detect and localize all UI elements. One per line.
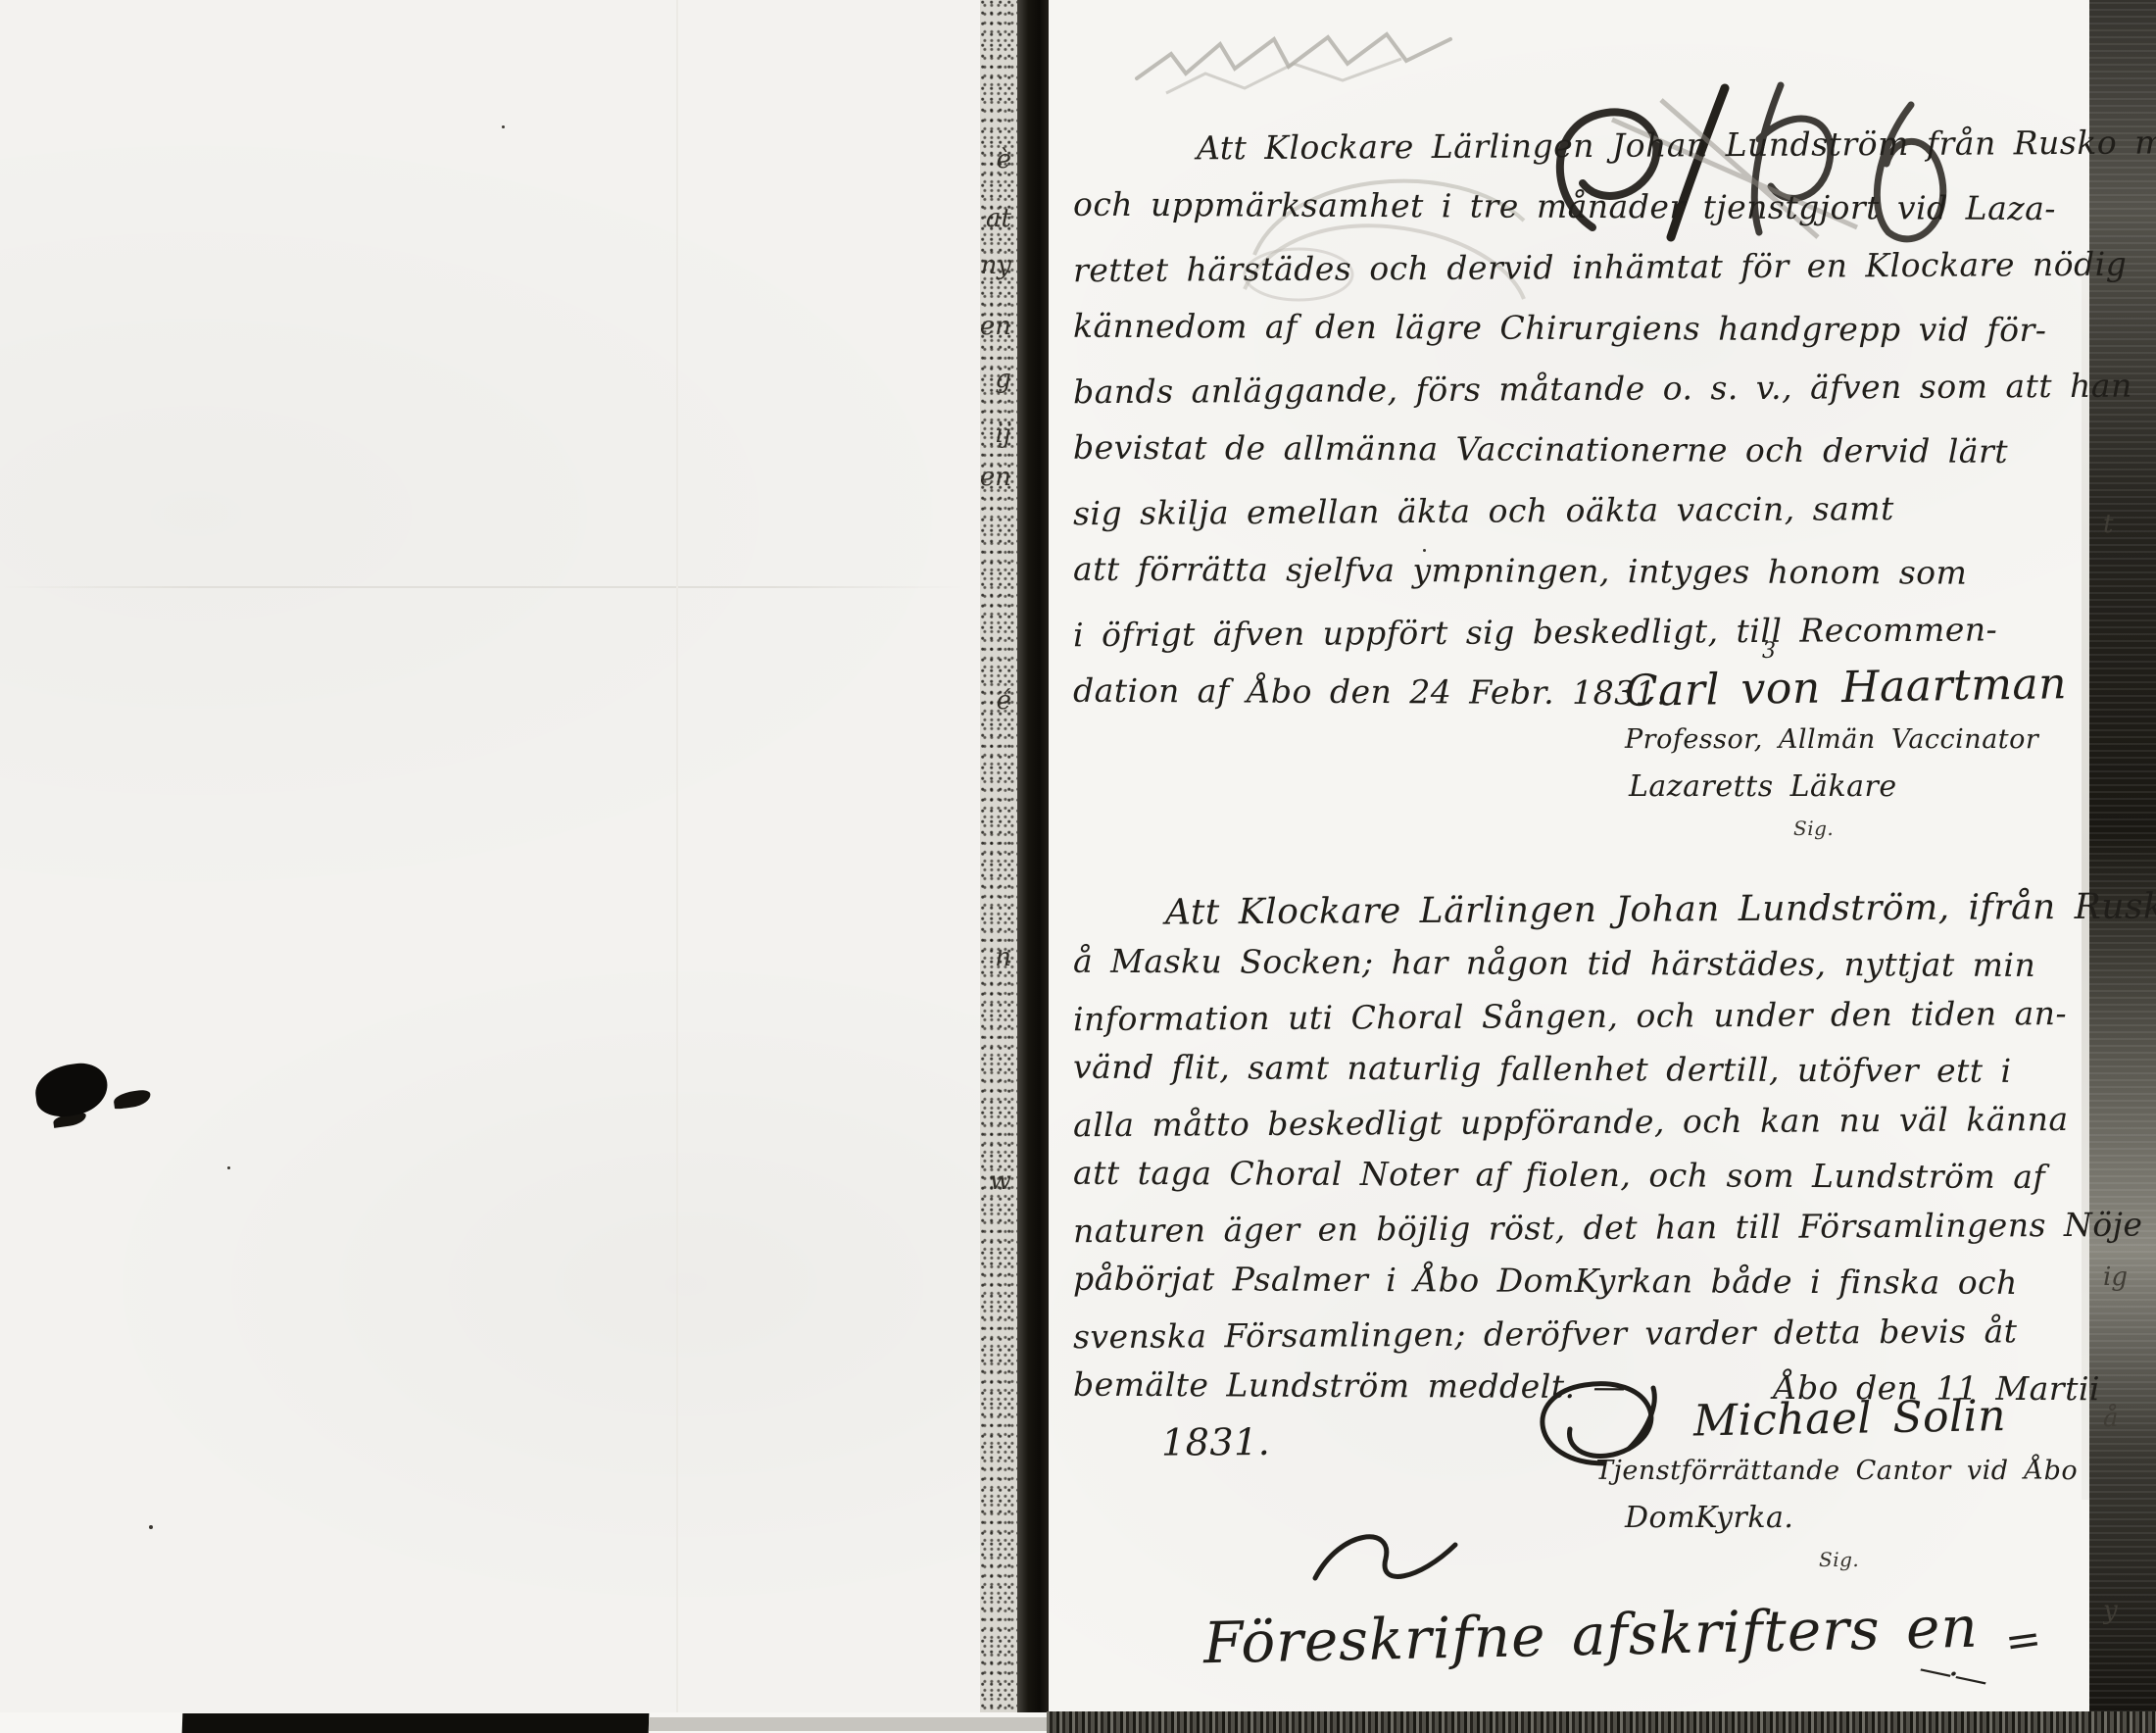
handwritten-line: svenska Församlingen; deröfver varder de… (1073, 1305, 2100, 1363)
bottom-scan-edge-left (182, 1713, 650, 1733)
footer-equals-mark: = (2002, 1613, 2045, 1668)
vertical-crease (676, 0, 678, 1712)
signature-title: DomKyrka. (1595, 1494, 2078, 1543)
bleed-fragment: t (2103, 510, 2142, 539)
handwritten-line: vänd flit, samt naturlig fallenhet derti… (1073, 1041, 2100, 1099)
bleed-fragment: é (955, 686, 1011, 716)
bleed-fragment: w (955, 1166, 1011, 1196)
bleed-fragment: ny (955, 251, 1011, 280)
dust-speck (149, 1525, 153, 1529)
handwritten-line: å Masku Socken; har någon tid härstädes,… (1073, 935, 2100, 993)
bottom-scan-edge-middle (649, 1717, 1047, 1731)
bleed-fragment: en (955, 312, 1011, 341)
horizontal-crease (0, 586, 965, 588)
handwritten-line: i öfrigt äfven uppfört sig beskedligt, t… (1073, 599, 2100, 666)
footer-pen-flourish (1303, 1517, 1470, 1601)
dust-speck (227, 1166, 230, 1169)
bleed-fragment: è (955, 145, 1011, 174)
handwritten-line: Att Klockare Lärlingen Johan Lundström f… (1073, 113, 2100, 179)
handwritten-line: påbörjat Psalmer i Åbo DomKyrkan både i … (1073, 1253, 2100, 1311)
certificate1-text: Att Klockare Lärlingen Johan Lundström f… (1073, 116, 2100, 723)
handwritten-line: rettet härstädes och dervid inhämtat för… (1073, 234, 2100, 301)
signature-haartman: Carl von Haartman Professor, Allmän Vacc… (1625, 659, 2067, 845)
dust-speck (502, 125, 505, 128)
handwritten-line: och uppmärksamhet i tre månader tjenstgj… (1073, 174, 2100, 240)
signature-seal-note: Sig. (1595, 1543, 2078, 1576)
handwritten-line: att taga Choral Noter af fiolen, och som… (1073, 1147, 2100, 1205)
bleed-fragment: ig (2103, 1263, 2142, 1292)
pencil-scribble (1127, 20, 1480, 108)
handwritten-line: Att Klockare Lärlingen Johan Lundström, … (1073, 881, 2100, 940)
bleed-fragment: en (955, 463, 1011, 492)
signature-title: Lazaretts Läkare (1625, 763, 2067, 812)
signature-seal-note: Sig. (1625, 812, 2067, 845)
handwritten-line: bevistat de allmänna Vaccinationerne och… (1073, 418, 2100, 483)
signature-name: Carl von Haartman (1625, 655, 2068, 721)
signature-title: Professor, Allmän Vaccinator (1625, 718, 2067, 763)
bleed-fragment: g (955, 365, 1011, 394)
scanned-manuscript-page: Att Klockare Lärlingen Johan Lundström f… (0, 0, 2156, 1733)
bleed-fragment: y (2103, 1596, 2142, 1625)
binding-gutter-strip (1017, 0, 1049, 1712)
dust-speck (1423, 549, 1426, 552)
bleed-fragment: å (2103, 1404, 2142, 1433)
left-blank-page (0, 0, 980, 1712)
bleed-fragment: at (955, 204, 1011, 233)
signature-solin: Michael Solin Tjenstförrättande Cantor v… (1595, 1390, 2078, 1576)
bleed-fragment: ij (955, 420, 1011, 449)
handwritten-line: kännedom af den lägre Chirurgiens handgr… (1073, 296, 2100, 362)
handwritten-line: att förrätta sjelfva ympningen, intyges … (1073, 539, 2100, 605)
handwritten-line: bands anläggande, förs måtande o. s. v.,… (1073, 356, 2100, 422)
handwritten-line: alla måtto beskedligt uppförande, och ka… (1073, 1093, 2100, 1152)
signature-title: Tjenstförrättande Cantor vid Åbo (1595, 1449, 2078, 1494)
handwritten-line: sig skilja emellan äkta och oäkta vaccin… (1073, 477, 2100, 544)
bleed-fragment: n (955, 943, 1011, 972)
bottom-scan-edge-right (1047, 1711, 2156, 1733)
handwritten-line: information uti Choral Sången, och under… (1073, 987, 2100, 1046)
handwritten-line: naturen äger en böjlig röst, det han til… (1073, 1199, 2100, 1258)
signature-name: Michael Solin (1595, 1386, 2079, 1454)
